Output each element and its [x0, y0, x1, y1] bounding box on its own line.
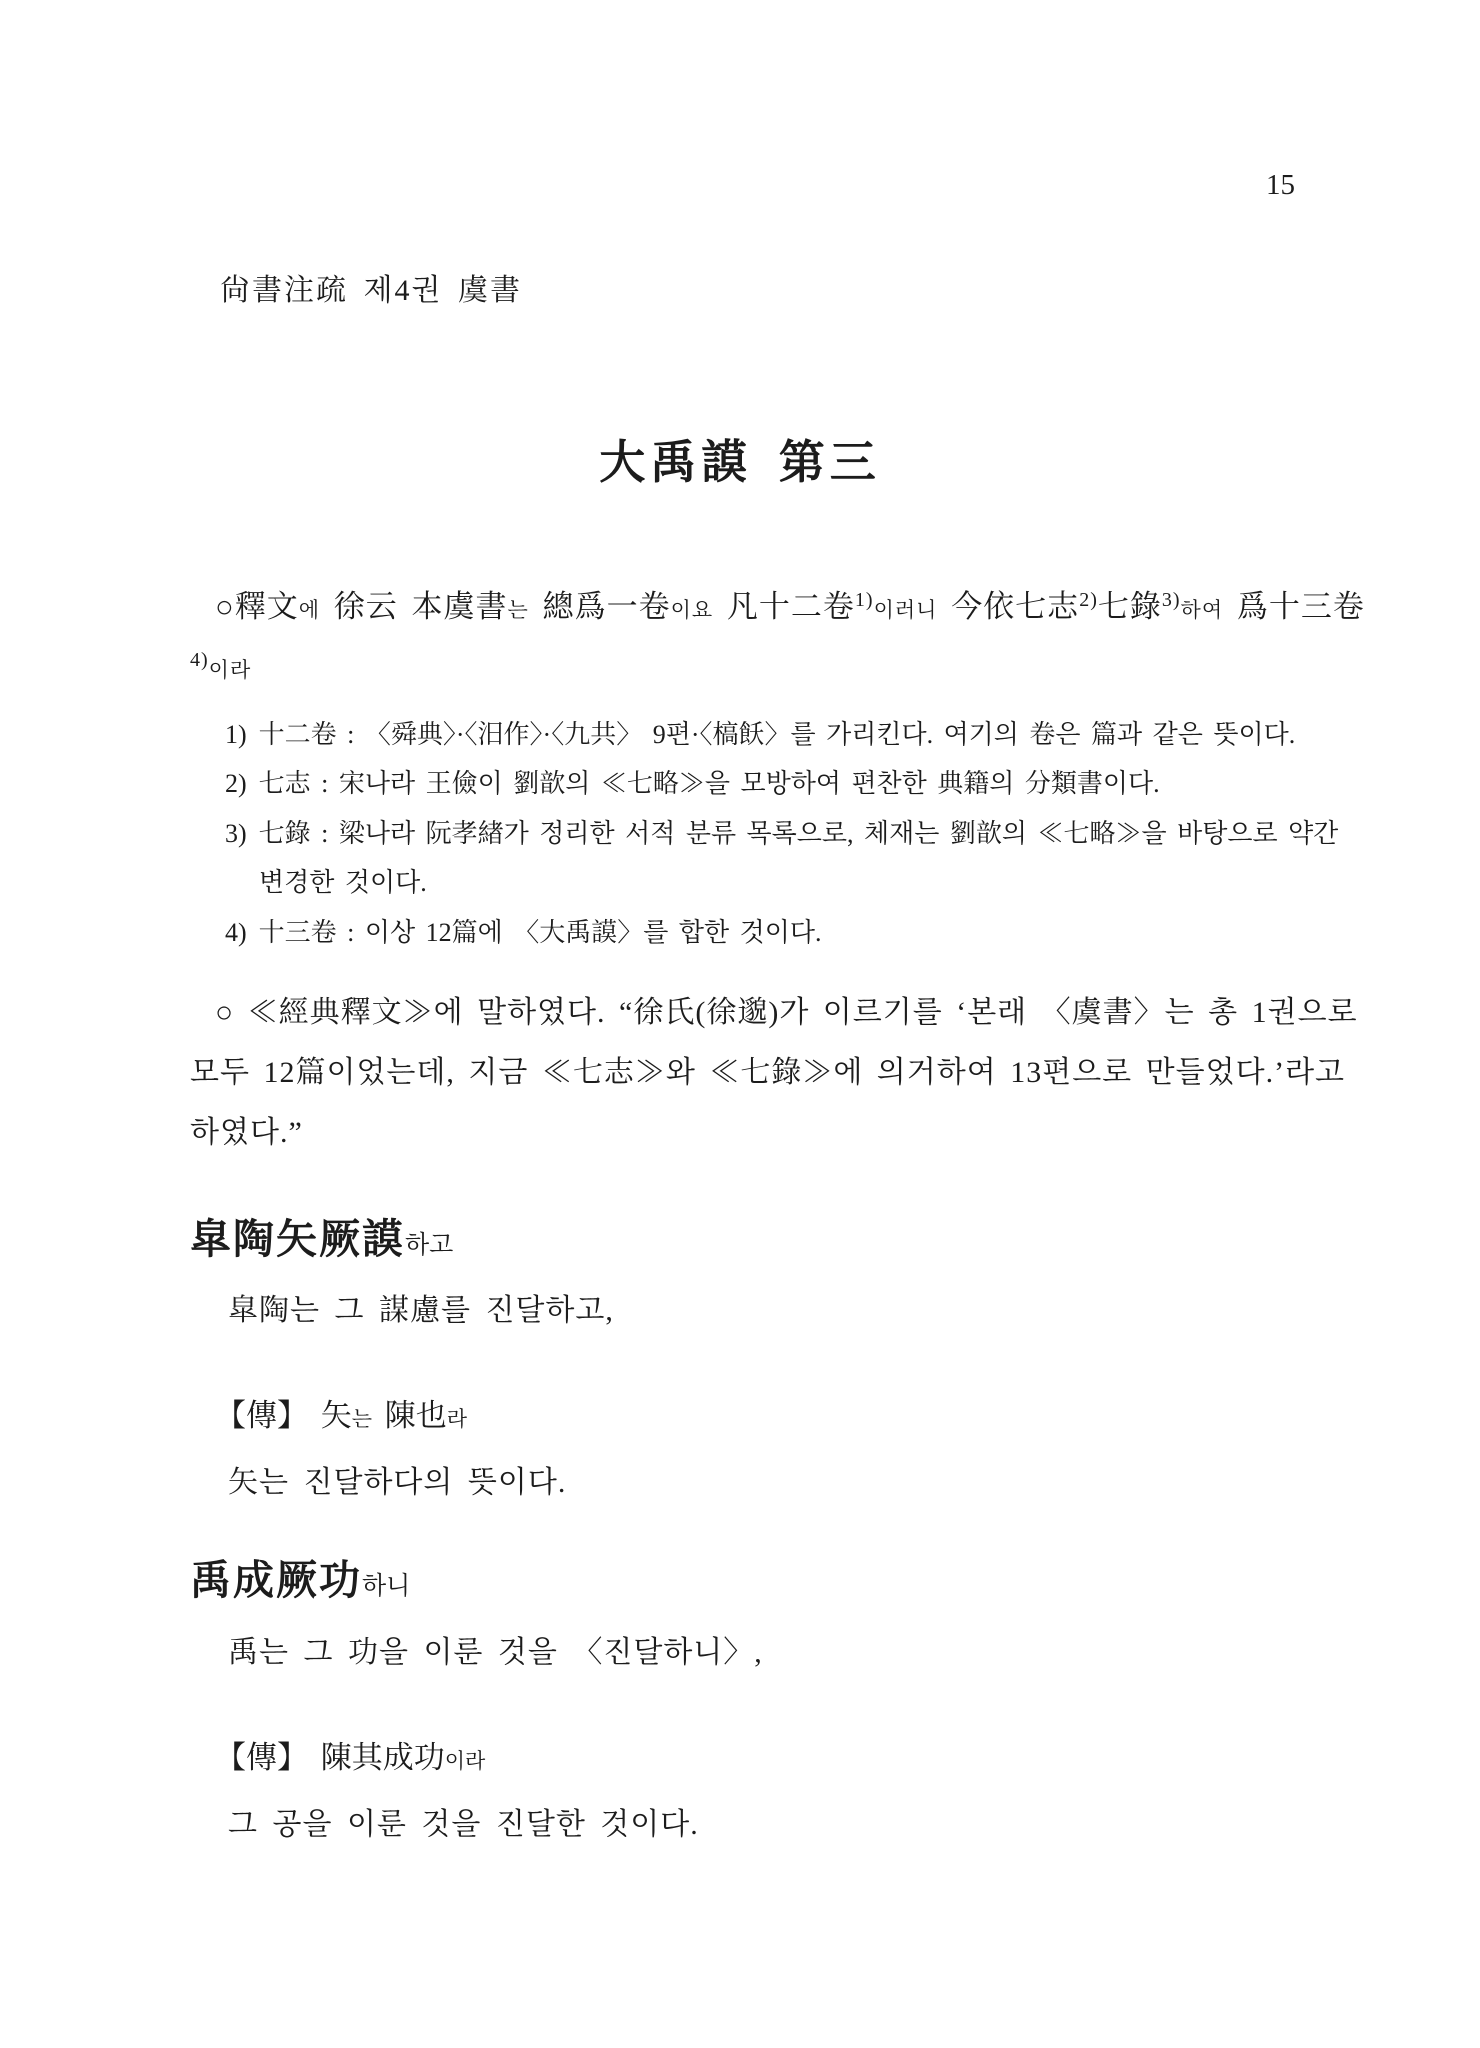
intro-paragraph: ○釋文에 徐云 本虞書는 總爲一卷이요 凡十二卷1)이러니 今依七志2)七錄3)… [190, 576, 1365, 698]
text-segment: 陳也 [372, 1398, 447, 1433]
text-segment: 3) [1162, 589, 1181, 611]
document-title: 大禹謨 第三 [0, 435, 1480, 490]
text-segment: 總爲一卷 [529, 589, 671, 624]
citation-paragraph: ○ ≪經典釋文≫에 말하였다. “徐氏(徐邈)가 이르기를 ‘본래 〈虞書〉는 … [190, 983, 1365, 1163]
text-segment: 爲十三卷 [1223, 589, 1365, 624]
commentary-translation: 그 공을 이룬 것을 진달한 것이다. [228, 1804, 1365, 1846]
section: 皐陶矢厥謨하고 皐陶는 그 謀慮를 진달하고, 【傳】 矢는 陳也라 矢는 진달… [0, 1215, 1480, 1504]
text-segment: 하여 [1181, 598, 1224, 622]
footnote-text: 十三卷 : 이상 12篇에 〈大禹謨〉를 합한 것이다. [259, 918, 822, 947]
text-segment: 【傳】 陳其成功 [215, 1740, 445, 1775]
footnote-text: 十二卷 : 〈舜典〉·〈汨作〉·〈九共〉 9편·〈槁飫〉를 가리킨다. 여기의 … [259, 720, 1296, 749]
text-segment: 는 [508, 598, 529, 622]
text-segment: 1) [855, 589, 874, 611]
text-segment: 七錄 [1098, 589, 1162, 624]
text-segment: 이요 [671, 598, 714, 622]
footnote-item: 2)七志 : 宋나라 王儉이 劉歆의 ≪七略≫을 모방하여 편찬한 典籍의 分類… [225, 759, 1365, 808]
page-number-row: 15 [0, 0, 1480, 203]
footnote-item: 4)十三卷 : 이상 12篇에 〈大禹謨〉를 합한 것이다. [225, 908, 1365, 957]
text-segment: 하니 [362, 1573, 410, 1600]
text-segment: 皐陶矢厥謨 [190, 1216, 405, 1262]
text-segment: 徐云 本虞書 [320, 589, 508, 624]
footnote-number: 3) [225, 819, 247, 848]
text-segment: 하고 [405, 1232, 453, 1259]
section-headline: 皐陶矢厥謨하고 [190, 1215, 1365, 1264]
section-headline: 禹成厥功하니 [190, 1556, 1365, 1605]
text-segment: 이라 [209, 658, 252, 682]
text-segment: 今依七志 [937, 589, 1079, 624]
text-segment: 이라 [445, 1749, 486, 1773]
text-segment: 라 [447, 1407, 467, 1431]
text-segment: 禹成厥功 [190, 1557, 362, 1603]
running-header: 尙書注疏 제4권 虞書 [0, 273, 1480, 309]
text-segment: 에 [299, 598, 320, 622]
text-segment: 凡十二卷 [713, 589, 855, 624]
section: 禹成厥功하니 禹는 그 功을 이룬 것을 〈진달하니〉, 【傳】 陳其成功이라 … [0, 1556, 1480, 1845]
page-number: 15 [1266, 169, 1295, 201]
footnote-text: 七志 : 宋나라 王儉이 劉歆의 ≪七略≫을 모방하여 편찬한 典籍의 分類書이… [259, 769, 1160, 798]
text-segment: 4) [190, 649, 209, 671]
footnote-text: 七錄 : 梁나라 阮孝緖가 정리한 서적 분류 목록으로, 체재는 劉歆의 ≪七… [259, 819, 1339, 897]
footnote-item: 1)十二卷 : 〈舜典〉·〈汨作〉·〈九共〉 9편·〈槁飫〉를 가리킨다. 여기… [225, 710, 1365, 759]
footnote-list: 1)十二卷 : 〈舜典〉·〈汨作〉·〈九共〉 9편·〈槁飫〉를 가리킨다. 여기… [225, 710, 1365, 957]
footnote-number: 2) [225, 769, 247, 798]
footnote-number: 1) [225, 720, 247, 749]
footnote-item: 3)七錄 : 梁나라 阮孝緖가 정리한 서적 분류 목록으로, 체재는 劉歆의 … [225, 809, 1365, 908]
text-segment: 이러니 [874, 598, 938, 622]
headline-translation: 禹는 그 功을 이룬 것을 〈진달하니〉, [228, 1632, 1365, 1674]
footnote-number: 4) [225, 918, 247, 947]
text-segment: 【傳】 矢 [215, 1398, 352, 1433]
commentary-line: 【傳】 陳其成功이라 [215, 1738, 1365, 1778]
text-segment: 는 [352, 1407, 372, 1431]
text-segment: 2) [1079, 589, 1098, 611]
text-segment: ○釋文 [215, 589, 299, 624]
headline-translation: 皐陶는 그 謀慮를 진달하고, [228, 1290, 1365, 1332]
commentary-line: 【傳】 矢는 陳也라 [215, 1396, 1365, 1436]
document-page: 15 尙書注疏 제4권 虞書 大禹謨 第三 ○釋文에 徐云 本虞書는 總爲一卷이… [0, 0, 1480, 2048]
commentary-translation: 矢는 진달하다의 뜻이다. [228, 1462, 1365, 1504]
